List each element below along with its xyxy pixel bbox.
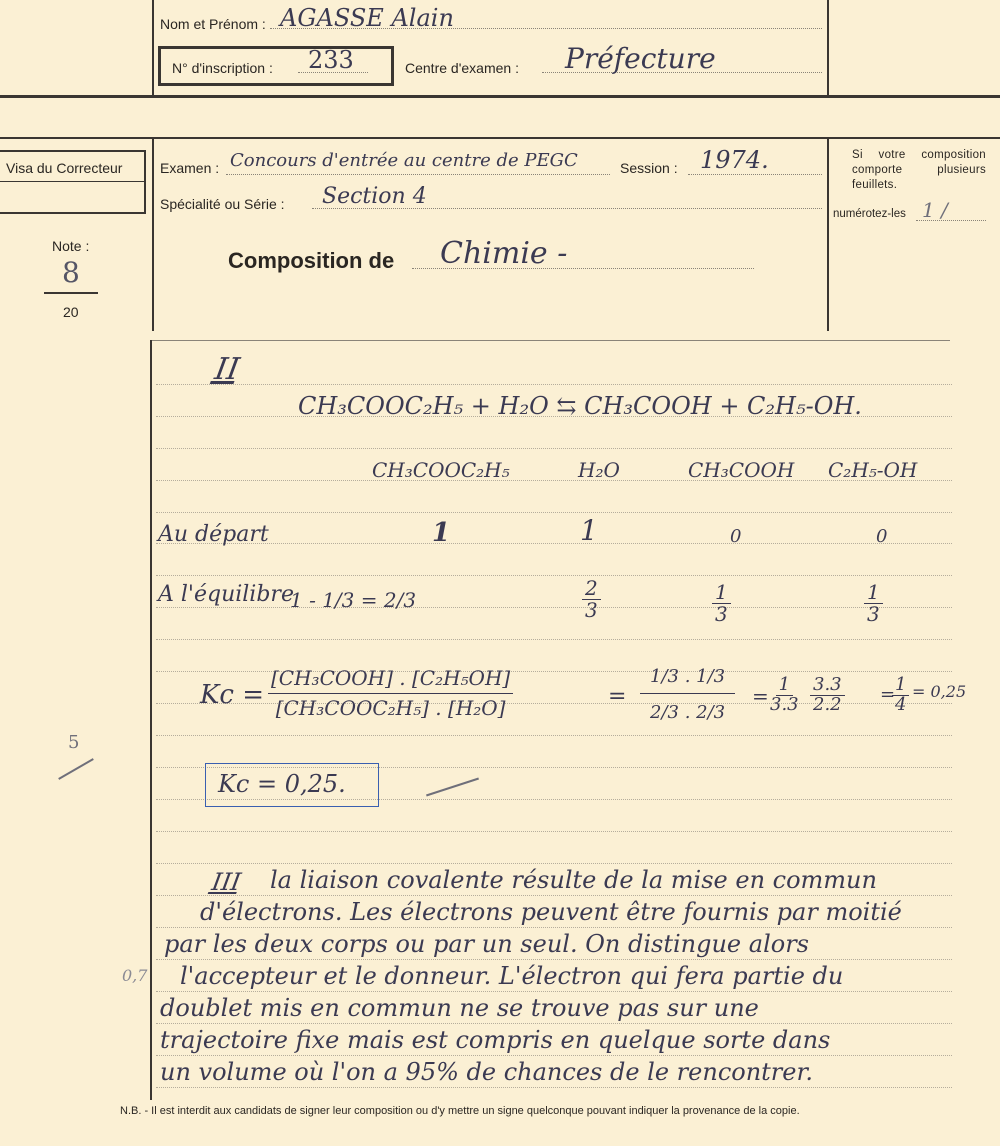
ruled-line [156, 991, 952, 992]
composition-label: Composition de [228, 248, 394, 274]
reaction-equation: CH₃COOC₂H₅ + H₂O ⇆ CH₃COOH + C₂H₅-OH. [298, 392, 862, 420]
ruled-line [156, 1087, 952, 1088]
composition-field[interactable]: Chimie - [440, 236, 567, 271]
exam-top-divider [0, 137, 1000, 139]
margin-grade-3: 0,7 [122, 966, 147, 985]
multi-sheet-notice: Si votre composition comporte plusieurs … [852, 148, 986, 193]
examen-field-line [226, 174, 610, 175]
session-label: Session : [620, 160, 678, 176]
ruled-line [156, 512, 952, 513]
examen-label: Examen : [160, 160, 219, 176]
row-start-alcohol: 0 [876, 526, 887, 547]
check-mark [426, 778, 479, 797]
section-3-line-1: la liaison covalente résulte de la mise … [270, 866, 877, 894]
row-eq-ester: 1 - 1/3 = 2/3 [290, 588, 416, 612]
inscription-field[interactable]: 233 [308, 46, 354, 74]
margin-grade-2: 5 [68, 732, 79, 753]
ruled-line [156, 927, 952, 928]
ruled-line [156, 575, 952, 576]
row-eq-label: A l'équilibre [158, 582, 294, 607]
row-eq-water: 2 3 [582, 578, 601, 621]
section-3-line-3: par les deux corps ou par un seul. On di… [164, 930, 809, 958]
table-header-acid: CH₃COOH [688, 458, 794, 482]
centre-field[interactable]: Préfecture [565, 42, 716, 75]
section-3-line-6: trajectoire fixe mais est compris en que… [160, 1026, 830, 1054]
visa-underline [0, 181, 146, 182]
kc-definition: [CH₃COOH] . [C₂H₅OH] [CH₃COOC₂H₅] . [H₂O… [268, 668, 513, 719]
visa-label: Visa du Correcteur [6, 160, 122, 176]
kc-boxed-value: Kc = 0,25. [218, 770, 346, 798]
inscription-label: N° d'inscription : [172, 60, 273, 76]
exam-right-border [827, 139, 829, 331]
section-2-marker: II [209, 352, 245, 387]
numerotez-label: numérotez-les [833, 208, 906, 220]
header-divider [0, 95, 1000, 98]
ruled-line [156, 959, 952, 960]
examen-field[interactable]: Concours d'entrée au centre de PEGC [230, 150, 578, 171]
session-field[interactable]: 1974. [700, 146, 769, 174]
specialite-field[interactable]: Section 4 [322, 184, 427, 209]
row-eq-acid: 1 3 [712, 582, 731, 625]
note-denominator: 20 [63, 304, 79, 320]
row-eq-alcohol: 1 3 [864, 582, 883, 625]
numerotez-field[interactable]: 1 / [922, 198, 948, 222]
row-start-ester: 1 [432, 518, 450, 548]
kc-step-4: 1 4 [892, 676, 909, 715]
ruled-line [156, 384, 952, 385]
footer-notice: N.B. - Il est interdit aux candidats de … [120, 1105, 800, 1117]
kc-step-2: 1/3 . 1/3 2/3 . 2/3 [640, 662, 735, 723]
ruled-line [156, 863, 952, 864]
row-start-label: Au départ [158, 522, 269, 547]
header-right-border [827, 0, 829, 95]
section-3-line-2: d'électrons. Les électrons peuvent être … [200, 898, 902, 926]
exam-left-border [152, 139, 154, 331]
ruled-line [156, 607, 952, 608]
table-header-ester: CH₃COOC₂H₅ [372, 458, 510, 482]
section-3-line-4: l'accepteur et le donneur. L'électron qu… [180, 962, 843, 990]
ruled-line [156, 735, 952, 736]
kc-equals-2: = [752, 684, 769, 708]
row-start-acid: 0 [730, 526, 741, 547]
note-fraction-bar [44, 292, 98, 294]
name-field[interactable]: AGASSE Alain [280, 4, 454, 32]
answer-top-border [150, 340, 950, 341]
ruled-line [156, 639, 952, 640]
kc-step-3b: 3.3 2.2 [810, 676, 845, 715]
session-field-line [688, 174, 822, 175]
section-3-marker: III [207, 868, 246, 896]
row-start-water: 1 [580, 514, 598, 547]
ruled-line [156, 895, 952, 896]
table-header-alcohol: C₂H₅-OH [828, 458, 917, 482]
margin-grade-2-slash [58, 758, 94, 780]
name-label: Nom et Prénom : [160, 16, 266, 32]
note-label: Note : [52, 238, 89, 254]
kc-step-3a: 1 3.3 [770, 676, 799, 715]
ruled-line [156, 1055, 952, 1056]
ruled-line [156, 1023, 952, 1024]
answer-left-margin [150, 340, 152, 1100]
ruled-line [156, 448, 952, 449]
ruled-line [156, 831, 952, 832]
header-left-border [152, 0, 154, 95]
kc-result: = 0,25 [912, 682, 966, 701]
specialite-label: Spécialité ou Série : [160, 196, 285, 212]
ruled-line [156, 543, 952, 544]
note-value: 8 [62, 256, 80, 289]
table-header-water: H₂O [578, 458, 620, 482]
kc-lhs: Kc = [200, 680, 264, 710]
kc-equals-1: = [608, 684, 626, 709]
section-3-line-5: doublet mis en commun ne se trouve pas s… [160, 994, 759, 1022]
centre-label: Centre d'examen : [405, 60, 519, 76]
section-3-line-7: un volume où l'on a 95% de chances de le… [160, 1058, 813, 1086]
